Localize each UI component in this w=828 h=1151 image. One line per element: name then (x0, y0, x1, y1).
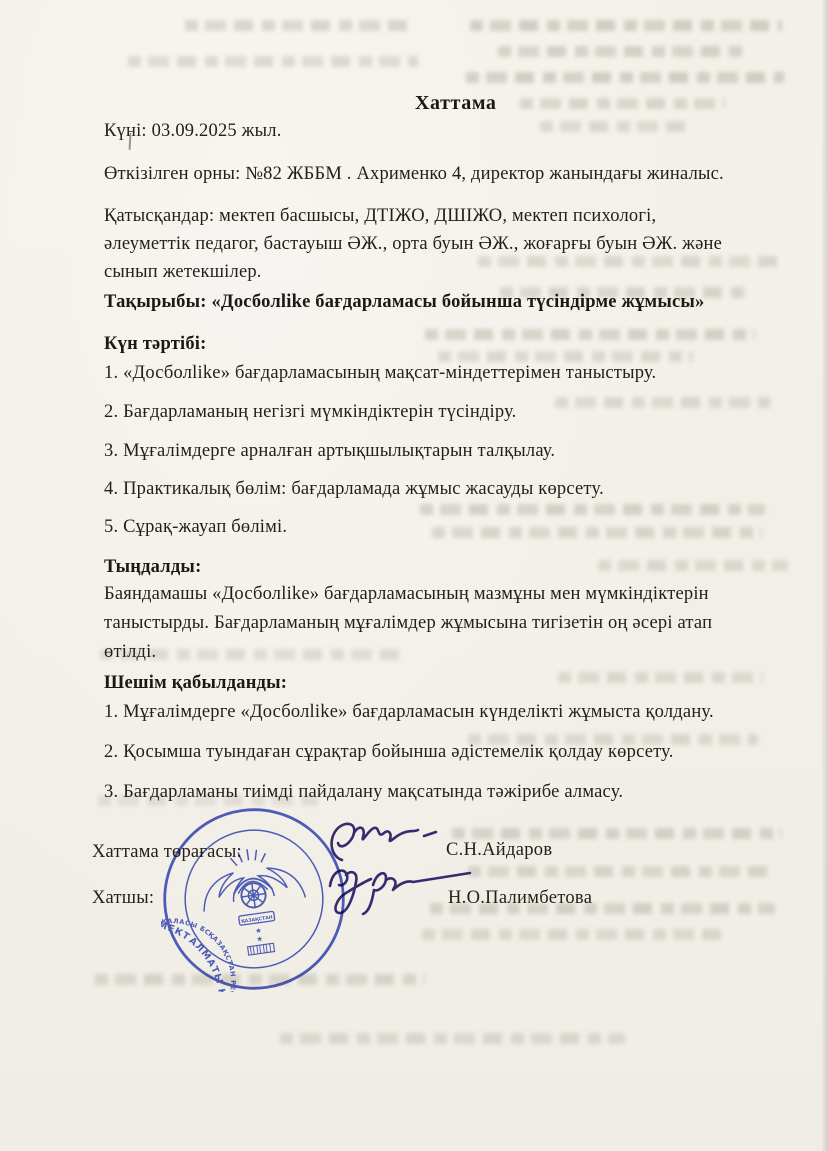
heard-line: Баяндамашы «Досболlike» бағдарламасының … (104, 580, 804, 609)
agenda-item: 2. Бағдарламаның негізгі мүмкіндіктерін … (104, 398, 804, 426)
bleedthrough-artifact (520, 98, 725, 109)
bleedthrough-artifact (425, 329, 755, 340)
school-round-stamp: АЛМАТЫ ҚАЛАСЫ БІЛІМ БАСҚАРМАСЫНЫҢ «№82 Ж… (161, 806, 347, 992)
bleedthrough-artifact (468, 866, 768, 877)
bleedthrough-artifact (466, 72, 784, 83)
bleedthrough-artifact (422, 929, 722, 940)
heard-line: таныстырды. Бағдарламаның мұғалімдер жұм… (104, 609, 804, 638)
location-line: Өткізілген орны: №82 ЖББМ . Ахрименко 4,… (104, 160, 724, 188)
heard-line: өтілді. (104, 638, 804, 667)
bleedthrough-artifact (280, 1033, 625, 1044)
bleedthrough-artifact (558, 672, 763, 683)
agenda-heading: Күн тәртібі: (104, 330, 206, 358)
agenda-item: 4. Практикалық бөлім: бағдарламада жұмыс… (104, 475, 804, 503)
bleedthrough-artifact (470, 20, 782, 31)
decision-item: 3. Бағдарламаны тиімді пайдалану мақсаты… (104, 778, 814, 806)
secretary-role-label: Хатшы: (92, 884, 154, 912)
bleedthrough-artifact (452, 828, 782, 839)
bleedthrough-artifact (598, 560, 788, 571)
bleedthrough-artifact (498, 46, 746, 57)
topic-line: Тақырыбы: «Досболlike бағдарламасы бойын… (104, 288, 804, 316)
scanned-protocol-page: Хаттама Күні: 03.09.2025 жыл. Өткізілген… (0, 0, 828, 1151)
bleedthrough-artifact (128, 56, 418, 67)
heard-paragraph: Баяндамашы «Досболlike» бағдарламасының … (104, 580, 804, 667)
stamp-star-icon: ★ (256, 934, 264, 944)
decision-item: 2. Қосымша туындаған сұрақтар бойынша әд… (104, 738, 814, 766)
chairman-name: С.Н.Айдаров (446, 840, 552, 861)
participants-line: әлеуметтік педагог, бастауыш ӘЖ., орта б… (104, 230, 794, 258)
agenda-item: 5. Сұрақ-жауап бөлімі. (104, 513, 804, 541)
participants-paragraph: Қатысқандар: мектеп басшысы, ДТІЖО, ДШІЖ… (104, 202, 794, 286)
page-title: Хаттама (415, 92, 497, 115)
agenda-item: 1. «Досболlike» бағдарламасының мақсат-м… (104, 359, 804, 387)
heard-heading: Тыңдалды: (104, 553, 201, 581)
participants-line: Қатысқандар: мектеп басшысы, ДТІЖО, ДШІЖ… (104, 202, 794, 230)
date-line: Күні: 03.09.2025 жыл. (104, 117, 282, 145)
bleedthrough-artifact (185, 20, 415, 31)
decisions-heading: Шешім қабылданды: (104, 669, 287, 697)
decision-item: 1. Мұғалімдерге «Досболlike» бағдарламас… (104, 698, 814, 726)
bleedthrough-artifact (540, 121, 690, 132)
participants-line: сынып жетекшілер. (104, 258, 794, 286)
agenda-item: 3. Мұғалімдерге арналған артықшылықтарын… (104, 437, 804, 465)
